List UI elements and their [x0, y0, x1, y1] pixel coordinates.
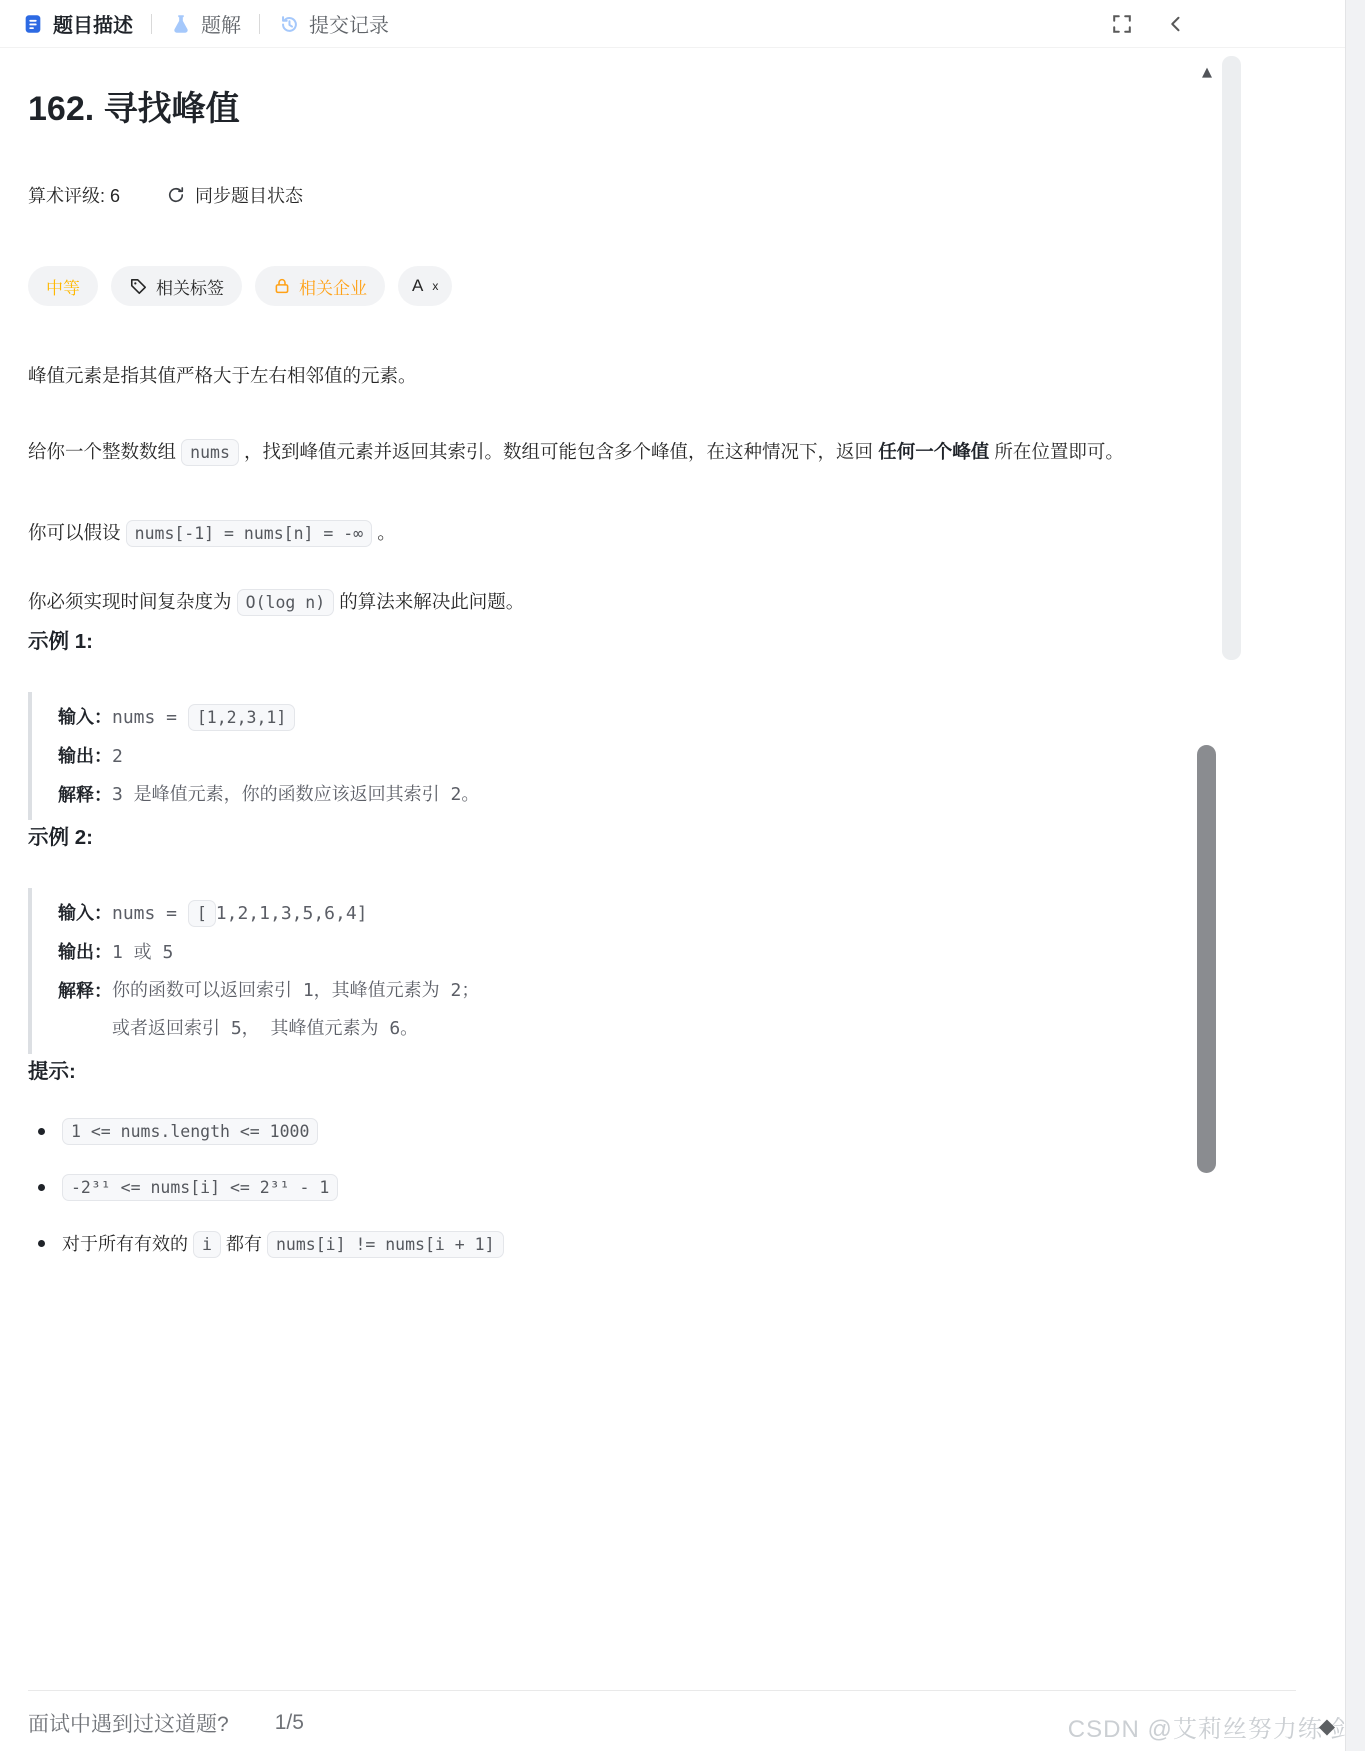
problem-content: 162. 寻找峰值 算术评级: 6 同步题目状态 中等 — [0, 48, 1196, 1285]
tab-submissions[interactable]: 提交记录 — [278, 9, 389, 38]
scrollbar-up-arrow[interactable]: ▲ — [1197, 62, 1217, 84]
csdn-watermark: CSDN @艾莉丝努力练◆剑 — [1068, 1709, 1355, 1744]
related-companies-label: 相关企业 — [299, 274, 367, 299]
related-tags-button[interactable]: 相关标签 — [111, 266, 242, 306]
inline-code: O(log n) — [237, 589, 334, 616]
example-input-line: 输入：nums = [1,2,3,1] — [58, 698, 1134, 737]
hint-item: 对于所有有效的 i 都有 nums[i] != nums[i + 1] — [38, 1230, 1134, 1256]
font-size-primary: A — [412, 276, 423, 296]
inline-code: [1,2,3,1] — [188, 704, 295, 731]
description-paragraph: 你必须实现时间复杂度为 O(log n) 的算法来解决此问题。 — [28, 581, 1134, 624]
description-paragraph: 给你一个整数数组 nums ，找到峰值元素并返回其索引。数组可能包含多个峰值，在… — [28, 431, 1134, 474]
toolbar-divider — [151, 14, 152, 34]
description-paragraph: 你可以假设 nums[-1] = nums[n] = -∞ 。 — [28, 512, 1134, 555]
inline-code: i — [193, 1231, 221, 1258]
page-title: 162. 寻找峰值 — [28, 86, 1134, 132]
tab-label: 题目描述 — [53, 9, 133, 38]
example-2-heading: 示例 2: — [28, 820, 1134, 850]
tab-label: 题解 — [201, 9, 241, 38]
difficulty-badge[interactable]: 中等 — [28, 266, 98, 306]
toolbar-divider — [259, 14, 260, 34]
sync-label: 同步题目状态 — [195, 182, 303, 208]
inline-code: nums[-1] = nums[n] = -∞ — [126, 520, 372, 547]
browser-scrollbar-track[interactable] — [1345, 0, 1365, 1751]
toolbar: 题目描述 题解 提交记录 — [0, 0, 1346, 48]
outer-scrollbar-thumb[interactable] — [1222, 56, 1241, 660]
example-1-block: 输入：nums = [1,2,3,1] 输出：2 解释：3 是峰值元素，你的函数… — [28, 692, 1134, 820]
inline-code: nums — [181, 439, 239, 466]
fullscreen-icon[interactable] — [1110, 12, 1134, 36]
diamond-icon: ◆ — [1319, 1714, 1336, 1739]
bullet-dot — [38, 1128, 45, 1135]
tab-solutions[interactable]: 题解 — [170, 9, 241, 38]
example-explanation-line: 解释：3 是峰值元素，你的函数应该返回其索引 2。 — [58, 776, 1134, 814]
tab-label: 提交记录 — [309, 9, 389, 38]
tag-icon — [129, 277, 148, 296]
inline-code: [ — [188, 900, 216, 927]
rating-label: 算术评级: 6 — [28, 182, 120, 208]
collapse-panel-icon[interactable] — [1164, 12, 1188, 36]
inner-scrollbar-thumb[interactable] — [1197, 745, 1216, 1173]
refresh-icon — [166, 185, 186, 205]
flask-icon — [170, 13, 192, 35]
bullet-dot — [38, 1184, 45, 1191]
hints-heading: 提示: — [28, 1054, 1134, 1084]
inline-code: 1 <= nums.length <= 1000 — [62, 1118, 318, 1145]
meta-row: 算术评级: 6 同步题目状态 — [28, 182, 1134, 208]
interview-question-label: 面试中遇到过这道题? — [28, 1708, 229, 1738]
badges-row: 中等 相关标签 相关企业 — [28, 266, 1134, 306]
example-output-line: 输出：2 — [58, 737, 1134, 776]
hint-item: -2³¹ <= nums[i] <= 2³¹ - 1 — [38, 1174, 1134, 1201]
description-paragraph: 峰值元素是指其值严格大于左右相邻值的元素。 — [28, 360, 1134, 391]
font-size-secondary: x — [432, 279, 438, 293]
inline-code: -2³¹ <= nums[i] <= 2³¹ - 1 — [62, 1174, 338, 1201]
interview-progress: 1/5 — [275, 1711, 304, 1735]
toolbar-actions — [1110, 0, 1188, 48]
font-size-toggle[interactable]: Ax — [398, 266, 452, 306]
hint-item: 1 <= nums.length <= 1000 — [38, 1118, 1134, 1145]
example-1-heading: 示例 1: — [28, 624, 1134, 654]
example-input-line: 输入：nums = [1,2,1,3,5,6,4] — [58, 894, 1134, 933]
history-icon — [278, 13, 300, 35]
tab-problem-description[interactable]: 题目描述 — [22, 9, 133, 38]
problem-panel: 题目描述 题解 提交记录 — [0, 0, 1365, 1751]
hints-list: 1 <= nums.length <= 1000 -2³¹ <= nums[i]… — [28, 1118, 1134, 1256]
related-tags-label: 相关标签 — [156, 274, 224, 299]
bullet-dot — [38, 1240, 45, 1247]
sync-status-button[interactable]: 同步题目状态 — [166, 182, 303, 208]
lock-icon — [273, 277, 291, 295]
inline-code: nums[i] != nums[i + 1] — [267, 1231, 504, 1258]
example-explanation-line: 解释：你的函数可以返回索引 1，其峰值元素为 2；或者返回索引 5， 其峰值元素… — [58, 972, 1134, 1048]
example-2-block: 输入：nums = [1,2,1,3,5,6,4] 输出：1 或 5 解释：你的… — [28, 888, 1134, 1054]
example-output-line: 输出：1 或 5 — [58, 933, 1134, 972]
document-icon — [22, 13, 44, 35]
related-companies-button[interactable]: 相关企业 — [255, 266, 385, 306]
